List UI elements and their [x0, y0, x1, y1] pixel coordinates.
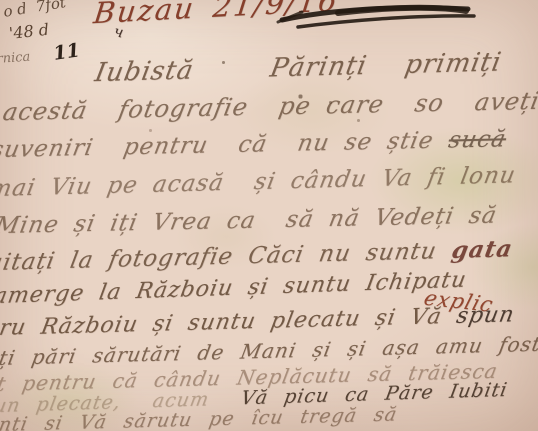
corner-note-2: '48 d — [8, 20, 50, 43]
pen-mark: ч — [112, 22, 126, 42]
corner-note-1: o d 7fot — [2, 0, 67, 21]
ink-scribble — [268, 0, 478, 36]
letter-scan: o d 7fot '48 d rnica 11 Buzau 21/9/16 ч … — [0, 0, 538, 431]
ink-specks — [0, 0, 1, 1]
handwriting-line-1: Iubistă Părinți primiți — [92, 47, 504, 88]
handwriting-line-5: Mine și iți Vrea ca să nă Vedeți să — [0, 203, 499, 240]
handwriting-line-2: acestă fotografie pe care so aveți — [1, 87, 538, 126]
line-3-struck-word: sucă — [446, 126, 508, 153]
line-8-accent-word: spun — [454, 302, 516, 329]
corner-note-4: 11 — [52, 39, 81, 64]
handwriting-line-4: mai Viu pe acasă și cându Va fi lonu — [0, 162, 518, 202]
handwriting-line-3: suveniri pentru că nu se știe sucă — [0, 126, 508, 163]
corner-note-3: rnica — [0, 50, 31, 67]
line-3-text: suveniri pentru că nu se știe — [0, 127, 451, 163]
line-6-accent-word: gata — [449, 235, 515, 264]
